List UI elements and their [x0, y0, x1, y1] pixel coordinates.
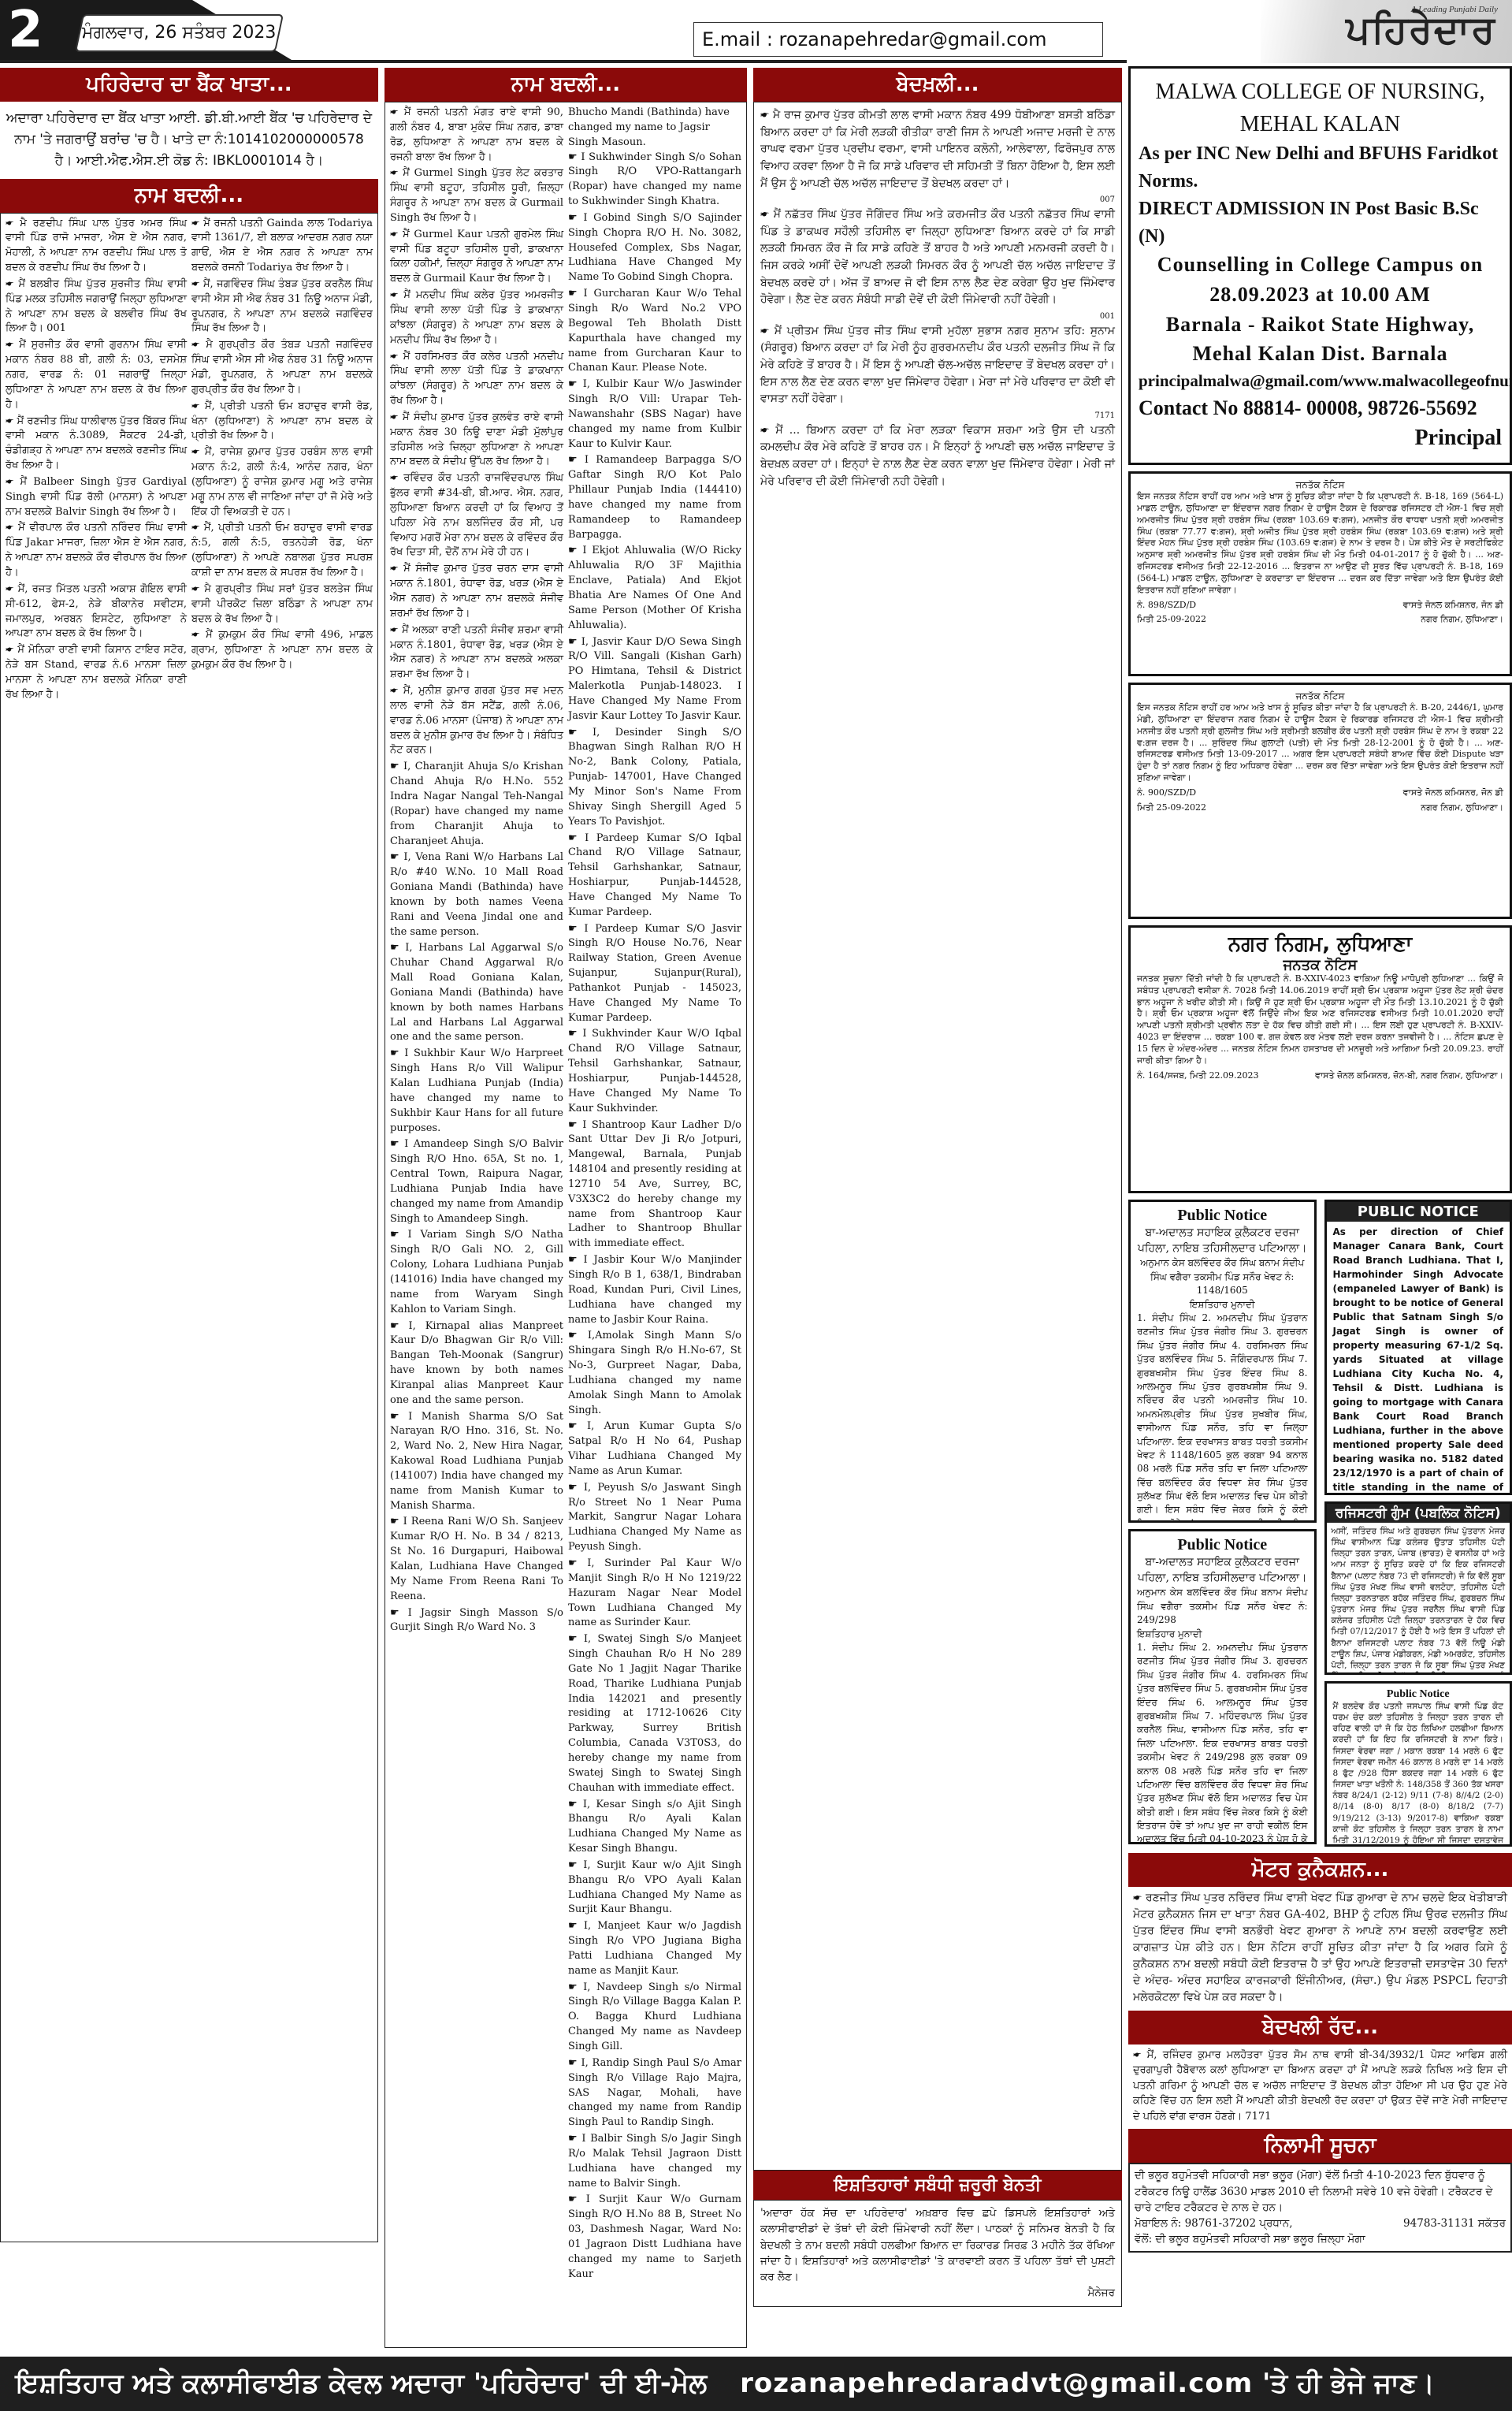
- notice-sign-2: ਨਗਰ ਨਿਗਮ, ਲੁਧਿਆਣਾ।: [1421, 802, 1503, 814]
- ad-line-1: MALWA COLLEGE OF NURSING, MEHAL KALAN: [1139, 76, 1502, 140]
- notice-text: ਜਨਤਕ ਸੂਚਨਾ ਦਿੱਤੀ ਜਾਂਦੀ ਹੈ ਕਿ ਪ੍ਰਾਪਰਟੀ ਨੰ…: [1137, 973, 1503, 1067]
- list-item: I, Jasvir Kaur D/O Sewa Singh R/O Vill. …: [568, 635, 741, 724]
- list-item: Bhucho Mandi (Bathinda) have changed my …: [568, 106, 741, 151]
- list-item: I, Charanjit Ahuja S/o Krishan Chand Ahu…: [390, 760, 563, 849]
- list-item: ਮੈ ਰਾਜ ਕੁਮਾਰ ਪੁੱਤਰ ਕੀਮਤੀ ਲਾਲ ਵਾਸੀ ਮਕਾਨ ਨ…: [760, 107, 1115, 192]
- disinheritance-banner: ਬੇਦਖ਼ਲੀ...: [753, 68, 1122, 102]
- court-notice-text: 1. ਸੰਦੀਪ ਸਿੰਘ 2. ਅਮਨਦੀਪ ਸਿੰਘ ਪੁੱਤਰਾਨ ਰਣਜ…: [1137, 1312, 1308, 1523]
- list-item: I Ekjot Ahluwalia (W/O Ricky Ahluwalia R…: [568, 544, 741, 633]
- ad-request-box: 'ਅਦਾਰਾ ਹੱਕ ਸੱਚ ਦਾ ਪਹਿਰੇਦਾਰ' ਅਖ਼ਬਾਰ ਵਿਚ ਛ…: [753, 2200, 1122, 2307]
- list-item: ਮੈਂ ਰਜਨੀ ਪਤਨੀ ਮੰਗਤ ਰਾਏ ਵਾਸੀ 90, ਗਲੀ ਨੰਬਰ…: [390, 106, 563, 165]
- name-change-col-1: ਮੈ ਰਣਦੀਪ ਸਿੰਘ ਪਾਲ ਪੁੱਤਰ ਅਮਰ ਸਿੰਘ ਵਾਸੀ ਪਿ…: [6, 217, 187, 705]
- list-item: ਮੈਂ ਅਲਕਾ ਰਾਣੀ ਪਤਨੀ ਸੰਜੀਵ ਸ਼ਰਮਾ ਵਾਸੀ ਮਕਾਨ…: [390, 623, 563, 683]
- list-item: I, Surinder Pal Kaur W/o Manjit Singh R/…: [568, 1557, 741, 1631]
- list-item: I, Swatej Singh S/o Manjeet Singh Chauha…: [568, 1632, 741, 1795]
- list-item: I, Harbans Lal Aggarwal S/o Chuhar Chand…: [390, 941, 563, 1045]
- list-item: ਮੈਂ ਕੁਮਕੁਮ ਕੌਰ ਸਿੰਘ ਵਾਸੀ 496, ਮਾਡਲ ਗ੍ਰਾਮ…: [191, 628, 373, 673]
- registry-lost-title: ਰਜਿਸਟਰੀ ਗੁੰਮ (ਪਬਲਿਕ ਨੋਟਿਸ): [1327, 1504, 1510, 1523]
- notice-sign: ਵਾਸਤੇ ਜੋਨਲ ਕਮਿਸ਼ਨਰ, ਜੋਨ ਡੀ: [1403, 787, 1503, 799]
- public-notice-small: Public Notice ਮੈਂ ਬਲਦੇਵ ਕੌਰ ਪਤਨੀ ਜਸਪਾਲ ਸ…: [1324, 1681, 1512, 1847]
- auction-phone-secretary: 94783-31131 ਸਕੱਤਰ: [1403, 2216, 1506, 2231]
- name-change-list-left: ਮੈ ਰਣਦੀਪ ਸਿੰਘ ਪਾਲ ਪੁੱਤਰ ਅਮਰ ਸਿੰਘ ਵਾਸੀ ਪਿ…: [0, 213, 378, 2242]
- issue-date: ਮੰਗਲਵਾਰ, 26 ਸਤੰਬਰ 2023: [75, 14, 284, 52]
- list-item: ਮੈਂ ਸੰਜੀਵ ਕੁਮਾਰ ਪੁੱਤਰ ਚਰਨ ਦਾਸ ਵਾਸੀ ਮਕਾਨ …: [390, 562, 563, 621]
- list-item: I, Desinder Singh S/O Bhagwan Singh Ralh…: [568, 726, 741, 830]
- auction-text: ਦੀ ਭਲੂਰ ਬਹੁਮੰਤਵੀ ਸਹਿਕਾਰੀ ਸਭਾ ਭਲੂਰ (ਮੋਗਾ)…: [1135, 2167, 1506, 2216]
- side-notices: PUBLIC NOTICE As per direction of Chief …: [1324, 1200, 1512, 1847]
- auction-box: ਦੀ ਭਲੂਰ ਬਹੁਮੰਤਵੀ ਸਹਿਕਾਰੀ ਸਭਾ ਭਲੂਰ (ਮੋਗਾ)…: [1128, 2163, 1512, 2252]
- list-item: ਮੈਂ ਰਜਨੀ ਪਤਨੀ Gainda ਲਾਲ Todariya ਵਾਸੀ 1…: [191, 217, 373, 276]
- notices-row: Public Notice ਬਾ-ਅਦਾਲਤ ਸਹਾਇਕ ਕੁਲੈਕਟਰ ਦਰਜ…: [1128, 1200, 1512, 1847]
- small-notice-title: Public Notice: [1333, 1688, 1504, 1701]
- ad-contact: Contact No 88814- 00008, 98726-55692: [1139, 393, 1502, 423]
- notice-ref: ਨੰ. 164/ਸਜਬ, ਮਿਤੀ 22.09.2023: [1137, 1070, 1259, 1082]
- ad-request-signature: ਮੈਨੇਜਰ: [760, 2285, 1115, 2301]
- list-item: I Manish Sharma S/O Sat Narayan R/O Hno.…: [390, 1410, 563, 1514]
- list-item: I, Arun Kumar Gupta S/o Satpal R/o H No …: [568, 1419, 741, 1479]
- list-item: ਮੈਂ, ਪ੍ਰੀਤੀ ਪਤਨੀ ਓਮ ਬਹਾਦੁਰ ਵਾਸੀ ਰੋਡ, ਖੰਨ…: [191, 400, 373, 445]
- list-item: I, Kesar Singh s/o Ajit Singh Bhangu R/o…: [568, 1798, 741, 1857]
- list-item: I, Vena Rani W/o Harbans Lal R/o #40 W.N…: [390, 850, 563, 939]
- list-item: I Gobind Singh S/O Sajinder Singh Chopra…: [568, 211, 741, 285]
- municipal-title: ਨਗਰ ਨਿਗਮ, ਲੁਧਿਆਣਾ: [1137, 932, 1503, 957]
- registry-lost-notice: ਰਜਿਸਟਰੀ ਗੁੰਮ (ਪਬਲਿਕ ਨੋਟਿਸ) ਅਸੀਂ, ਜਤਿੰਦਰ …: [1324, 1501, 1512, 1675]
- middle-column: ਨਾਮ ਬਦਲੀ... ਮੈਂ ਰਜਨੀ ਪਤਨੀ ਮੰਗਤ ਰਾਏ ਵਾਸੀ …: [385, 68, 747, 2348]
- list-item: ਮੈਂ ਵੀਰਪਾਲ ਕੌਰ ਪਤਨੀ ਨਰਿੰਦਰ ਸਿੰਘ ਵਾਸੀ ਪਿੰ…: [6, 521, 187, 580]
- list-item: ਮੈਂ, ਪ੍ਰੀਤੀ ਪਤਨੀ ਓਮ ਬਹਾਦੁਰ ਵਾਸੀ ਵਾਰਡ ਨੰ:…: [191, 521, 373, 580]
- notice-date: ਮਿਤੀ 25-09-2022: [1137, 802, 1206, 814]
- list-item: I Ramandeep Barpagga S/O Gaftar Singh R/…: [568, 453, 741, 542]
- motor-connection-text: ਰਣਜੀਤ ਸਿੰਘ ਪੁਤਰ ਨਰਿੰਦਰ ਸਿੰਘ ਵਾਸ਼ੀ ਖੇਵਟ ਪ…: [1128, 1887, 1512, 2009]
- name-change-mid-col-2: Bhucho Mandi (Bathinda) have changed my …: [568, 106, 741, 2284]
- notice-sign: ਵਾਸਤੇ ਜ਼ੋਨਲ ਕਮਿਸ਼ਨਰ, ਜ਼ੋਨ-ਬੀ, ਨਗਰ ਨਿਗਮ, …: [1315, 1070, 1503, 1082]
- notice-heading: ਜਨਤੱਕ ਨੋਟਿਸ: [1137, 690, 1503, 702]
- list-item: I Pardeep Kumar S/O Iqbal Chand R/O Vill…: [568, 832, 741, 921]
- motor-connection-banner: ਮੋਟਰ ਕੁਨੈਕਸ਼ਨ...: [1128, 1853, 1512, 1887]
- list-item: ਮੈਂ ਨਛੱਤਰ ਸਿੰਘ ਪੁੱਤਰ ਜੋਗਿੰਦਰ ਸਿੰਘ ਅਤੇ ਕਰ…: [760, 206, 1115, 309]
- item-code: 001: [760, 311, 1115, 323]
- court-notice-2: Public Notice ਬਾ-ਅਦਾਲਤ ਸਹਾਇਕ ਕੁਲੈਕਟਰ ਦਰਜ…: [1128, 1529, 1317, 1844]
- ad-line-2: As per INC New Delhi and BFUHS Faridkot …: [1139, 140, 1502, 195]
- public-notice-2: ਜਨਤੱਕ ਨੋਟਿਸ ਇਸ ਜਨਤਕ ਨੋਟਿਸ ਰਾਹੀਂ ਹਰ ਆਮ ਅਤ…: [1128, 683, 1512, 919]
- footer-suffix: 'ਤੇ ਹੀ ਭੇਜੇ ਜਾਣ।: [1262, 2368, 1435, 2399]
- list-item: ਮੈਂ Gurmel Singh ਪੁੱਤਰ ਲੇਟ ਕਰਤਾਰ ਸਿੰਘ ਵਾ…: [390, 166, 563, 225]
- ad-line-5: 28.09.2023 at 10.00 AM: [1139, 280, 1502, 310]
- court-notice-case: ਅਨੁਮਾਨ ਕੇਸ ਬਲਵਿੰਦਰ ਕੌਰ ਸਿੰਘ ਬਨਾਮ ਸੰਦੀਪ ਸ…: [1137, 1256, 1308, 1297]
- list-item: I Sukhbir Kaur W/o Harpreet Singh Hans R…: [390, 1047, 563, 1136]
- court-notice-1: Public Notice ਬਾ-ਅਦਾਲਤ ਸਹਾਇਕ ਕੁਲੈਕਟਰ ਦਰਜ…: [1128, 1200, 1317, 1523]
- ad-line-3: DIRECT ADMISSION IN Post Basic B.Sc (N): [1139, 195, 1502, 251]
- canara-notice-title: PUBLIC NOTICE: [1327, 1202, 1510, 1222]
- disinheritance-cancel-text: ਮੈਂ, ਰਜਿੰਦਰ ਕੁਮਾਰ ਮਲਹੋਤਰਾ ਪੁੱਤਰ ਸੋਮ ਨਾਥ …: [1128, 2045, 1512, 2128]
- notice-text: ਇਸ ਜਨਤਕ ਨੋਟਿਸ ਰਾਹੀਂ ਹਰ ਆਮ ਅਤੇ ਖਾਸ ਨੂੰ ਸੂ…: [1137, 491, 1503, 597]
- list-item: I Gurcharan Kaur W/o Tehal Singh R/o War…: [568, 287, 741, 376]
- canara-bank-notice: PUBLIC NOTICE As per direction of Chief …: [1324, 1200, 1512, 1495]
- bank-details: ਅਦਾਰਾ ਪਹਿਰੇਦਾਰ ਦਾ ਬੈਂਕ ਖਾਤਾ ਆਈ. ਡੀ.ਬੀ.ਆਈ…: [0, 102, 378, 179]
- registry-lost-text: ਅਸੀਂ, ਜਤਿੰਦਰ ਸਿੰਘ ਅਤੇ ਗੁਰਬਚਨ ਸਿੰਘ ਪੁੱਤਰਾ…: [1327, 1523, 1510, 1675]
- list-item: I, Randip Singh Paul S/o Amar Singh R/o …: [568, 2056, 741, 2130]
- court-notice-subtitle: ਬਾ-ਅਦਾਲਤ ਸਹਾਇਕ ਕੁਲੈਕਟਰ ਦਰਜਾ ਪਹਿਲਾ, ਨਾਇਬ …: [1137, 1554, 1308, 1587]
- list-item: I Jagsir Singh Masson S/o Gurjit Singh R…: [390, 1606, 563, 1636]
- header-rule: [0, 60, 1127, 63]
- notice-text: ਇਸ ਜਨਤਕ ਨੋਟਿਸ ਰਾਹੀਂ ਹਰ ਆਮ ਅਤੇ ਖਾਸ ਨੂੰ ਸੂ…: [1137, 702, 1503, 784]
- bank-banner: ਪਹਿਰੇਦਾਰ ਦਾ ਬੈਂਕ ਖਾਤਾ...: [0, 68, 378, 102]
- footer-banner: ਇਸ਼ਤਿਹਾਰ ਅਤੇ ਕਲਾਸੀਫਾਈਡ ਕੇਵਲ ਅਦਾਰਾ 'ਪਹਿਰੇ…: [0, 2357, 1512, 2411]
- newspaper-logo: ਪਹਿਰੇਦਾਰ: [1346, 8, 1496, 53]
- footer-text: ਇਸ਼ਤਿਹਾਰ ਅਤੇ ਕਲਾਸੀਫਾਈਡ ਕੇਵਲ ਅਦਾਰਾ 'ਪਹਿਰੇ…: [16, 2368, 707, 2399]
- notice-ref: ਨੰ. 898/SZD/D: [1137, 600, 1196, 612]
- list-item: I Jasbir Kour W/o Manjinder Singh R/o B …: [568, 1253, 741, 1327]
- list-item: ਮੈਂ, ਜਗਵਿੰਦਰ ਸਿੰਘ ਤੰਬੜ ਪੁੱਤਰ ਕਰਨੈਲ ਸਿੰਘ …: [191, 277, 373, 337]
- court-notice-case: ਅਨੁਮਾਨ ਕੇਸ ਬਲਵਿੰਦਰ ਕੌਰ ਸਿੰਘ ਬਨਾਮ ਸੰਦੀਪ ਸ…: [1137, 1586, 1308, 1627]
- ad-line-4: Counselling in College Campus on: [1139, 250, 1502, 280]
- disinheritance-column: ਬੇਦਖ਼ਲੀ... ਮੈ ਰਾਜ ਕੁਮਾਰ ਪੁੱਤਰ ਕੀਮਤੀ ਲਾਲ …: [753, 68, 1122, 2307]
- list-item: ਮੈਂ Gurmel Kaur ਪਤਨੀ ਗੁਰਮੇਲ ਸਿੰਘ ਵਾਸੀ ਪਿ…: [390, 228, 563, 287]
- small-notice-text: ਮੈਂ ਬਲਦੇਵ ਕੌਰ ਪਤਨੀ ਜਸਪਾਲ ਸਿੰਘ ਵਾਸੀ ਪਿੰਡ …: [1333, 1701, 1504, 1847]
- list-item: I, Navdeep Singh s/o Nirmal Singh R/o Vi…: [568, 1981, 741, 2055]
- list-item: I Sukhwinder Singh S/o Sohan Singh R/O V…: [568, 151, 741, 210]
- name-change-banner-mid: ਨਾਮ ਬਦਲੀ...: [385, 68, 747, 102]
- malwa-college-ad: MALWA COLLEGE OF NURSING, MEHAL KALAN As…: [1128, 66, 1512, 465]
- list-item: I Variam Singh S/O Natha Singh R/O Gali …: [390, 1228, 563, 1317]
- public-notice-1: ਜਨਤੱਕ ਨੋਟਿਸ ਇਸ ਜਨਤਕ ਨੋਟਿਸ ਰਾਹੀਂ ਹਰ ਆਮ ਅਤ…: [1128, 471, 1512, 676]
- list-item: ਮੈਂ ਪ੍ਰੀਤਮ ਸਿੰਘ ਪੁੱਤਰ ਜੀਤ ਸਿੰਘ ਵਾਸੀ ਮੁਹੱ…: [760, 323, 1115, 408]
- list-item: ਮੈ ਰਣਦੀਪ ਸਿੰਘ ਪਾਲ ਪੁੱਤਰ ਅਮਰ ਸਿੰਘ ਵਾਸੀ ਪਿ…: [6, 217, 187, 276]
- canara-notice-text: As per direction of Chief Manager Canara…: [1333, 1225, 1504, 1495]
- ad-line-6: Barnala - Raikot State Highway, Mehal Ka…: [1139, 310, 1502, 369]
- footer-email[interactable]: rozanapehredaradvt@gmail.com: [740, 2368, 1253, 2399]
- list-item: I Shantroop Kaur Ladher D/o Sant Uttar D…: [568, 1118, 741, 1252]
- list-item: ਮੈਂ, ਮੁਨੀਸ਼ ਕੁਮਾਰ ਗਰਗ ਪੁੱਤਰ ਸਵ ਮਦਨ ਲਾਲ ਵ…: [390, 684, 563, 758]
- ad-request-banner: ਇਸ਼ਤਿਹਾਰਾਂ ਸਬੰਧੀ ਜ਼ਰੂਰੀ ਬੇਨਤੀ: [753, 2171, 1122, 2200]
- list-item: I Amandeep Singh S/O Balvir Singh R/O Hn…: [390, 1137, 563, 1226]
- list-item: ਮੈਂ ਸੁਰਜੀਤ ਕੌਰ ਵਾਸੀ ਗੁਰਨਾਮ ਸਿੰਘ ਵਾਸੀ ਮਕਾ…: [6, 338, 187, 412]
- list-item: ਮੈਂ ਰਣਜੀਤ ਸਿੰਘ ਧਾਲੀਵਾਲ ਪੁੱਤਰ ਬਿੱਕਰ ਸਿੰਘ …: [6, 415, 187, 474]
- list-item: ਮੈਂ ਸੰਦੀਪ ਕੁਮਾਰ ਪੁੱਤਰ ਕੁਲਵੰਤ ਰਾਏ ਵਾਸੀ ਮਕ…: [390, 411, 563, 470]
- list-item: ਮੈਂ, ਰਾਜੇਸ਼ ਕੁਮਾਰ ਪੁੱਤਰ ਹਰਬੰਸ ਲਾਲ ਵਾਸੀ ਮ…: [191, 445, 373, 519]
- list-item: I, Manjeet Kaur w/o Jagdish Singh R/o VP…: [568, 1919, 741, 1978]
- list-item: I, Surjit Kaur w/o Ajit Singh Bhangu R/o…: [568, 1858, 741, 1918]
- right-column: MALWA COLLEGE OF NURSING, MEHAL KALAN As…: [1128, 66, 1512, 2253]
- notice-date: ਮਿਤੀ 25-09-2022: [1137, 614, 1206, 626]
- court-notice-heading: ਇਸ਼ਤਿਹਾਰ ਮੁਨਾਦੀ: [1137, 1628, 1308, 1641]
- disinheritance-list: ਮੈ ਰਾਜ ਕੁਮਾਰ ਪੁੱਤਰ ਕੀਮਤੀ ਲਾਲ ਵਾਸੀ ਮਕਾਨ ਨ…: [753, 102, 1122, 2171]
- item-code: 7171: [760, 410, 1115, 422]
- disinheritance-cancel-banner: ਬੇਦਖਲੀ ਰੱਦ...: [1128, 2011, 1512, 2045]
- ad-signature: Principal: [1139, 422, 1502, 455]
- auction-sign: ਵੱਲੋਂ: ਦੀ ਭਲੂਰ ਬਹੁਮੰਤਵੀ ਸਹਿਕਾਰੀ ਸਭਾ ਭਲੂਰ…: [1135, 2231, 1506, 2247]
- list-item: ਮੈਂ ਮੋਨਿਕਾ ਰਾਣੀ ਵਾਸੀ ਕਿਸਾਨ ਟਾਇਰ ਸਟੋਰ, ਨੇ…: [6, 643, 187, 702]
- court-notice-subtitle: ਬਾ-ਅਦਾਲਤ ਸਹਾਇਕ ਕੁਲੈਕਟਰ ਦਰਜਾ ਪਹਿਲਾ, ਨਾਇਬ …: [1137, 1225, 1308, 1257]
- list-item: ਮੈਂ Balbeer Singh ਪੁੱਤਰ Gardiyal Singh ਵ…: [6, 475, 187, 520]
- notice-sign-2: ਨਗਰ ਨਿਗਮ, ਲੁਧਿਆਣਾ।: [1421, 614, 1503, 626]
- email-link[interactable]: E.mail : rozanapehredar@gmail.com: [693, 22, 1103, 57]
- list-item: ਮੈ ਗੁਰਪ੍ਰੀਤ ਸਿੰਘ ਸਰਾਂ ਪੁੱਤਰ ਬਲਤੇਜ ਸਿੰਘ ਵ…: [191, 582, 373, 627]
- list-item: I Sukhvinder Kaur W/O Iqbal Chand R/O Vi…: [568, 1027, 741, 1116]
- notice-ref: ਨੰ. 900/SZD/D: [1137, 787, 1196, 799]
- list-item: ਮੈ ਗੁਰਪ੍ਰੀਤ ਕੌਰ ਤੰਬੜ ਪਤਨੀ ਜਗਵਿੰਦਰ ਸਿੰਘ ਵ…: [191, 338, 373, 397]
- list-item: I,Amolak Singh Mann S/o Shingara Singh R…: [568, 1329, 741, 1418]
- list-item: ਮੈਂ, ਰਜਤ ਮਿੱਤਲ ਪਤਨੀ ਅਕਾਸ਼ ਗੋਇਲ ਵਾਸੀ ਸੀ-6…: [6, 582, 187, 642]
- list-item: I, Kulbir Kaur W/o Jaswinder Singh R/O V…: [568, 378, 741, 452]
- logo-area: A Leading Punjabi Daily ਪਹਿਰੇਦਾਰ: [1261, 0, 1512, 63]
- list-item: I Balbir Singh S/o Jagir Singh R/o Malak…: [568, 2132, 741, 2191]
- court-notice-text: 1. ਸੰਦੀਪ ਸਿੰਘ 2. ਅਮਨਦੀਪ ਸਿੰਘ ਪੁੱਤਰਾਨ ਰਣਜ…: [1137, 1641, 1308, 1844]
- auction-phone-president: ਮੋਬਾਇਲ ਨੰ: 98761-37202 ਪ੍ਰਧਾਨ,: [1135, 2216, 1293, 2231]
- list-item: I Reena Rani W/O Sh. Sanjeev Kumar R/O H…: [390, 1515, 563, 1604]
- municipal-notice: ਨਗਰ ਨਿਗਮ, ਲੁਧਿਆਣਾ ਜਨਤਕ ਨੋਟਿਸ ਜਨਤਕ ਸੂਚਨਾ …: [1128, 925, 1512, 1193]
- list-item: ਮੈਂ ਹਰਸਿਮਰਤ ਕੌਰ ਕਲੇਰ ਪਤਨੀ ਮਨਦੀਪ ਸਿੰਘ ਵਾਸ…: [390, 350, 563, 409]
- name-change-list-mid: ਮੈਂ ਰਜਨੀ ਪਤਨੀ ਮੰਗਤ ਰਾਏ ਵਾਸੀ 90, ਗਲੀ ਨੰਬਰ…: [385, 102, 747, 2348]
- name-change-banner-left: ਨਾਮ ਬਦਲੀ...: [0, 179, 378, 213]
- list-item: ਰਵਿੰਦਰ ਕੌਰ ਪਤਨੀ ਰਾਜਵਿੰਦਰਪਾਲ ਸਿੰਘ ਭੁੱਲਰ ਵ…: [390, 471, 563, 560]
- court-notice-title: Public Notice: [1137, 1536, 1308, 1554]
- list-item: I, Peyush S/o Jaswant Singh R/o Street N…: [568, 1481, 741, 1555]
- list-item: ਮੈਂ ਬਲਬੀਰ ਸਿੰਘ ਪੁੱਤਰ ਸੁਰਜੀਤ ਸਿੰਘ ਵਾਸੀ ਪਿ…: [6, 277, 187, 337]
- name-change-col-2: ਮੈਂ ਰਜਨੀ ਪਤਨੀ Gainda ਲਾਲ Todariya ਵਾਸੀ 1…: [191, 217, 373, 705]
- list-item: ਮੈਂ ... ਬਿਆਨ ਕਰਦਾ ਹਾਂ ਕਿ ਮੇਰਾ ਲੜਕਾ ਵਿਕਾਸ…: [760, 422, 1115, 491]
- court-notice-title: Public Notice: [1137, 1207, 1308, 1225]
- list-item: I Pardeep Kumar S/O Jasvir Singh R/O Hou…: [568, 922, 741, 1026]
- name-change-mid-col-1: ਮੈਂ ਰਜਨੀ ਪਤਨੀ ਮੰਗਤ ਰਾਏ ਵਾਸੀ 90, ਗਲੀ ਨੰਬਰ…: [390, 106, 563, 2284]
- notice-heading: ਜਨਤੱਕ ਨੋਟਿਸ: [1137, 478, 1503, 491]
- list-item: I Surjit Kaur W/o Gurnam Singh R/O H.No …: [568, 2193, 741, 2282]
- item-code: 007: [760, 194, 1115, 206]
- list-item: I, Kirnapal alias Manpreet Kaur D/o Bhag…: [390, 1319, 563, 1408]
- auction-banner: ਨਿਲਾਮੀ ਸੂਚਨਾ: [1128, 2129, 1512, 2163]
- court-notices: Public Notice ਬਾ-ਅਦਾਲਤ ਸਹਾਇਕ ਕੁਲੈਕਟਰ ਦਰਜ…: [1128, 1200, 1317, 1847]
- municipal-subtitle: ਜਨਤਕ ਨੋਟਿਸ: [1137, 957, 1503, 973]
- notice-sign: ਵਾਸਤੇ ਜੋਨਲ ਕਮਿਸ਼ਨਰ, ਜੋਨ ਡੀ: [1403, 600, 1503, 612]
- ad-email-website[interactable]: principalmalwa@gmail.com/www.malwacolleg…: [1139, 369, 1502, 393]
- masthead: 2 ਮੰਗਲਵਾਰ, 26 ਸਤੰਬਰ 2023 E.mail : rozana…: [0, 0, 1512, 63]
- list-item: ਮੈਂ ਮਨਦੀਪ ਸਿੰਘ ਕਲੇਰ ਪੁੱਤਰ ਅਮਰਜੀਤ ਸਿੰਘ ਵਾ…: [390, 288, 563, 348]
- left-column: ਪਹਿਰੇਦਾਰ ਦਾ ਬੈਂਕ ਖਾਤਾ... ਅਦਾਰਾ ਪਹਿਰੇਦਾਰ …: [0, 68, 378, 2242]
- court-notice-heading: ਇਸ਼ਤਿਹਾਰ ਮੁਨਾਦੀ: [1137, 1298, 1308, 1312]
- ad-request-text: 'ਅਦਾਰਾ ਹੱਕ ਸੱਚ ਦਾ ਪਹਿਰੇਦਾਰ' ਅਖ਼ਬਾਰ ਵਿਚ ਛ…: [760, 2205, 1115, 2285]
